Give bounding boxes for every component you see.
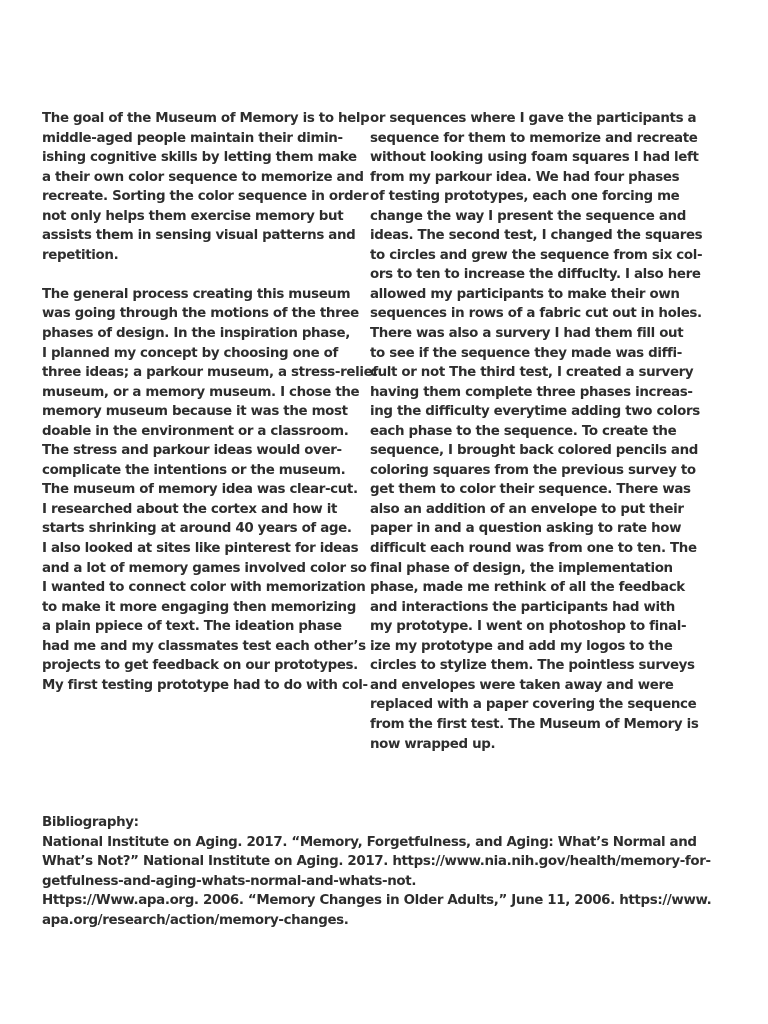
text-line: I wanted to connect color with memorizat…: [42, 578, 362, 598]
bibliography: Bibliography: National Institute on Agin…: [42, 813, 732, 930]
text-line: my prototype. I went on photoshop to fin…: [370, 617, 715, 637]
process-paragraph: The general process creating this museum…: [42, 285, 362, 695]
text-line: assists them in sensing visual patterns …: [42, 226, 362, 246]
text-line: I planned my concept by choosing one of: [42, 344, 362, 364]
citation-line: getfulness-and-aging-whats-normal-and-wh…: [42, 872, 732, 892]
text-line: ors to ten to increase the diffuclty. I …: [370, 265, 715, 285]
text-line: The goal of the Museum of Memory is to h…: [42, 109, 362, 129]
text-line: not only helps them exercise memory but: [42, 207, 362, 227]
text-line: phase, made me rethink of all the feedba…: [370, 578, 715, 598]
text-line: had me and my classmates test each other…: [42, 637, 362, 657]
text-line: sequences in rows of a fabric cut out in…: [370, 304, 715, 324]
text-line: ize my prototype and add my logos to the: [370, 637, 715, 657]
text-line: I researched about the cortex and how it: [42, 500, 362, 520]
text-line: from the first test. The Museum of Memor…: [370, 715, 715, 735]
text-line: get them to color their sequence. There …: [370, 480, 715, 500]
text-line: ideas. The second test, I changed the sq…: [370, 226, 715, 246]
paragraph-spacer: [42, 265, 362, 285]
text-line: sequence for them to memorize and recrea…: [370, 129, 715, 149]
text-line: The general process creating this museum: [42, 285, 362, 305]
text-line: a plain ppiece of text. The ideation pha…: [42, 617, 362, 637]
text-line: projects to get feedback on our prototyp…: [42, 656, 362, 676]
text-line: difficult each round was from one to ten…: [370, 539, 715, 559]
text-line: ing the difficulty everytime adding two …: [370, 402, 715, 422]
text-line: now wrapped up.: [370, 735, 715, 755]
text-line: also an addition of an envelope to put t…: [370, 500, 715, 520]
text-line: complicate the intentions or the museum.: [42, 461, 362, 481]
text-line: recreate. Sorting the color sequence in …: [42, 187, 362, 207]
text-line: sequence, I brought back colored pencils…: [370, 441, 715, 461]
text-line: each phase to the sequence. To create th…: [370, 422, 715, 442]
text-line: without looking using foam squares I had…: [370, 148, 715, 168]
text-line: to see if the sequence they made was dif…: [370, 344, 715, 364]
text-line: was going through the motions of the thr…: [42, 304, 362, 324]
citation-line: Https://Www.apa.org. 2006. “Memory Chang…: [42, 891, 732, 911]
text-line: allowed my participants to make their ow…: [370, 285, 715, 305]
citation-line: National Institute on Aging. 2017. “Memo…: [42, 833, 732, 853]
text-line: repetition.: [42, 246, 362, 266]
text-line: replaced with a paper covering the seque…: [370, 695, 715, 715]
text-line: There was also a survery I had them fill…: [370, 324, 715, 344]
text-line: memory museum because it was the most: [42, 402, 362, 422]
text-line: phases of design. In the inspiration pha…: [42, 324, 362, 344]
text-line: middle-aged people maintain their dimin-: [42, 129, 362, 149]
text-line: coloring squares from the previous surve…: [370, 461, 715, 481]
text-line: change the way I present the sequence an…: [370, 207, 715, 227]
text-line: circles to stylize them. The pointless s…: [370, 656, 715, 676]
text-line: and envelopes were taken away and were: [370, 676, 715, 696]
text-line: starts shrinking at around 40 years of a…: [42, 519, 362, 539]
text-line: My first testing prototype had to do wit…: [42, 676, 362, 696]
text-line: cult or not The third test, I created a …: [370, 363, 715, 383]
text-line: of testing prototypes, each one forcing …: [370, 187, 715, 207]
text-line: final phase of design, the implementatio…: [370, 559, 715, 579]
citation-line: apa.org/research/action/memory-changes.: [42, 911, 732, 931]
text-line: to make it more engaging then memorizing: [42, 598, 362, 618]
text-line: to circles and grew the sequence from si…: [370, 246, 715, 266]
bibliography-heading: Bibliography:: [42, 813, 732, 833]
text-line: and a lot of memory games involved color…: [42, 559, 362, 579]
text-line: The stress and parkour ideas would over-: [42, 441, 362, 461]
text-line: The museum of memory idea was clear-cut.: [42, 480, 362, 500]
text-line: or sequences where I gave the participan…: [370, 109, 715, 129]
text-line: doable in the environment or a classroom…: [42, 422, 362, 442]
essay-left-column: The goal of the Museum of Memory is to h…: [42, 109, 362, 695]
citation-line: What’s Not?” National Institute on Aging…: [42, 852, 732, 872]
essay-right-column: or sequences where I gave the participan…: [370, 109, 715, 754]
text-line: museum, or a memory museum. I chose the: [42, 383, 362, 403]
text-line: and interactions the participants had wi…: [370, 598, 715, 618]
text-line: ishing cognitive skills by letting them …: [42, 148, 362, 168]
text-line: having them complete three phases increa…: [370, 383, 715, 403]
text-line: a their own color sequence to memorize a…: [42, 168, 362, 188]
text-line: from my parkour idea. We had four phases: [370, 168, 715, 188]
intro-paragraph: The goal of the Museum of Memory is to h…: [42, 109, 362, 265]
text-line: I also looked at sites like pinterest fo…: [42, 539, 362, 559]
text-line: three ideas; a parkour museum, a stress-…: [42, 363, 362, 383]
text-line: paper in and a question asking to rate h…: [370, 519, 715, 539]
